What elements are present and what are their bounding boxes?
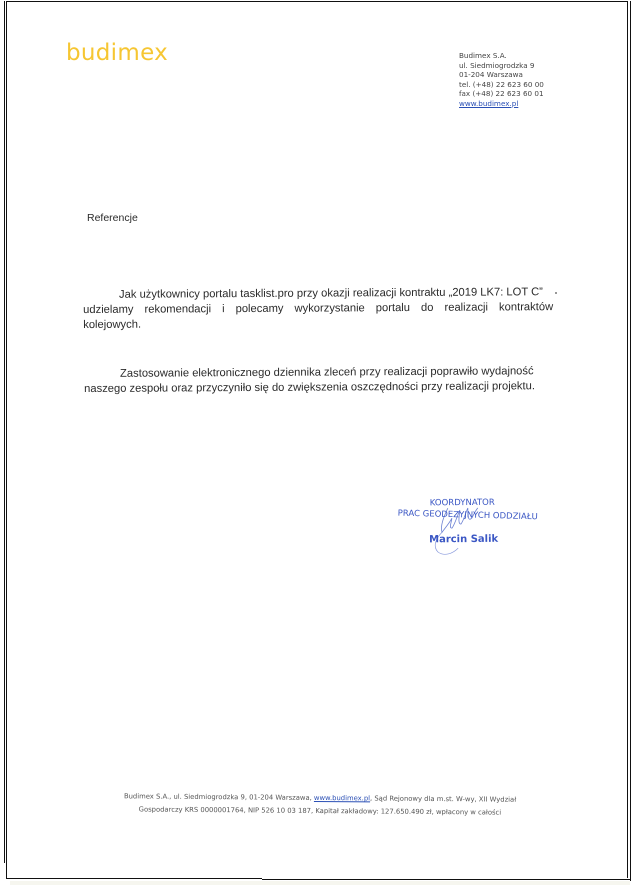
page-border-right-outer <box>630 1 631 881</box>
paragraph-1-line-3: kolejowych. <box>83 315 553 333</box>
page-border-bottom-offset <box>262 879 630 880</box>
letter-paragraph-1: Jak użytkownicy portalu tasklist.pro prz… <box>83 285 553 333</box>
page-border-top <box>6 1 628 2</box>
signatory-name: Marcin Salik <box>429 534 498 546</box>
address-fax: fax (+48) 22 623 60 01 <box>459 89 544 99</box>
footer-website-link[interactable]: www.budimex.pl <box>314 794 370 802</box>
page-shadow <box>10 881 630 885</box>
page-border-left-inner <box>6 1 7 878</box>
handwritten-signature-icon <box>418 498 499 559</box>
paragraph-1-line-2: udzielamy rekomendacji i polecamy wykorz… <box>83 300 553 318</box>
paragraph-2-line-2: naszego zespołu oraz przyczyniło się do … <box>84 379 554 397</box>
page-border-bottom <box>6 878 262 879</box>
letter-heading: Referencje <box>87 212 138 224</box>
page-border-right-inner <box>627 1 628 878</box>
letter-paragraph-2: Zastosowanie elektronicznego dziennika z… <box>84 364 554 397</box>
address-street: ul. Siedmiogrodzka 9 <box>459 61 544 71</box>
address-city: 01-204 Warszawa <box>459 70 544 80</box>
address-website-link[interactable]: www.budimex.pl <box>459 99 518 108</box>
company-logo: budimex <box>66 40 168 66</box>
footer-line-1-suffix: , Sąd Rejonowy dla m.st. W-wy, XII Wydzi… <box>370 794 516 803</box>
address-company: Budimex S.A. <box>459 51 544 61</box>
letter-footer: Budimex S.A., ul. Siedmiogrodzka 9, 01-2… <box>82 790 558 820</box>
footer-line-1-prefix: Budimex S.A., ul. Siedmiogrodzka 9, 01-2… <box>124 792 314 802</box>
signature-stamp: KOORDYNATOR PRAC GEODEZYJNYCH ODDZIAŁU M… <box>398 497 539 558</box>
scan-speck <box>555 292 557 294</box>
page-border-left-outer <box>4 1 5 863</box>
letterhead-address: Budimex S.A. ul. Siedmiogrodzka 9 01-204… <box>459 51 544 109</box>
address-tel: tel. (+48) 22 623 60 00 <box>459 80 544 90</box>
footer-line-2: Gospodarczy KRS 0000001764, NIP 526 10 0… <box>82 803 558 820</box>
